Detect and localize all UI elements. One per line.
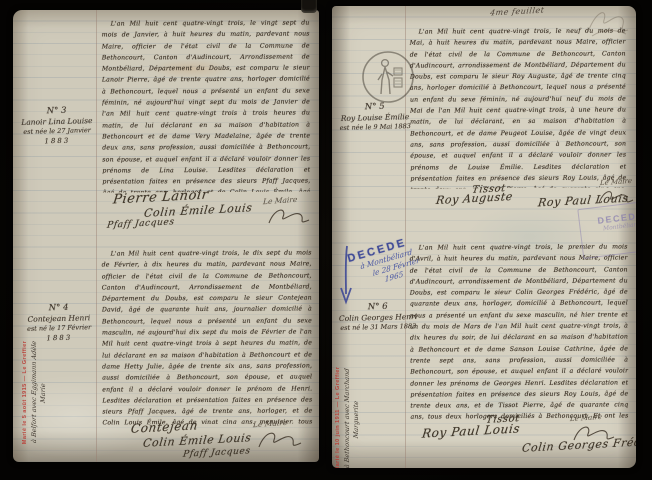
sheet-number-note: 4me feuillet xyxy=(489,6,544,17)
register-page-left: N° 3 Lanoir Lina Louise est née le 27 Ja… xyxy=(13,10,319,462)
bleed-through-stamp: DECEDE Montbéliard xyxy=(577,199,636,259)
binder-clip xyxy=(301,0,317,13)
marriage-mention-stamp-text: Marié le 10 juin 1911 — Le Greffier xyxy=(335,360,343,468)
signature-pfaff-jacques: Pfaff Jacques xyxy=(106,217,175,231)
signature-roy-paul-louis: Roy Paul Louis xyxy=(421,421,521,440)
margin-note-act-6: N° 6 Colin Georges Henri est né le 31 Ma… xyxy=(335,301,422,333)
act-5-text: L'an Mil huit cent quatre-vingt trois, l… xyxy=(410,25,627,188)
register-page-right: 4me feuillet N° 5 Roy Louise Émilie est … xyxy=(332,6,636,468)
act-3-text: L'an Mil huit cent quatre-vingt trois, l… xyxy=(102,17,311,192)
mayor-signature-flourish-icon xyxy=(255,427,305,453)
signature-pfaff-jacques: Pfaff Jacques xyxy=(182,446,251,460)
scanned-register-spread: N° 3 Lanoir Lina Louise est née le 27 Ja… xyxy=(0,0,652,480)
margin-note-act-5: N° 5 Roy Louise Émilie est née le 9 Mai … xyxy=(333,101,418,133)
marriage-mention-hand-text: à Bethoncourt avec Marchand Marguerite xyxy=(343,360,360,468)
mayor-label: Le Maire xyxy=(600,177,633,187)
marriage-mention-stamp: Marié le 10 juin 1911 — Le Greffier à Be… xyxy=(335,360,381,468)
act-date-line: est né le 31 Mars 1883 xyxy=(335,322,421,333)
mayor-signature-flourish-icon xyxy=(265,205,313,229)
signature-contejean: Contejean xyxy=(130,418,199,436)
marriage-mention-stamp: Marié le 5 août 1915 — Le Greffier à Bel… xyxy=(22,335,68,450)
signature-tissot: Tissot xyxy=(471,183,506,196)
marriage-mention-hand-text: à Belfort avec Eggimann Adèle Marie xyxy=(30,335,47,450)
margin-note-act-3: N° 3 Lanoir Lina Louise est née le 27 Ja… xyxy=(18,105,95,147)
act-year: 1883 xyxy=(19,135,95,147)
mayor-signature-flourish-icon xyxy=(570,422,618,446)
margin-rule xyxy=(96,10,97,462)
act-6-text: L'an Mil huit cent quatre-vingt trois, l… xyxy=(410,241,629,420)
marriage-mention-stamp-text: Marié le 5 août 1915 — Le Greffier xyxy=(22,335,30,450)
archive-round-stamp-icon xyxy=(361,50,415,104)
act-4-text: L'an Mil huit cent quatre-vingt trois, l… xyxy=(102,247,313,424)
